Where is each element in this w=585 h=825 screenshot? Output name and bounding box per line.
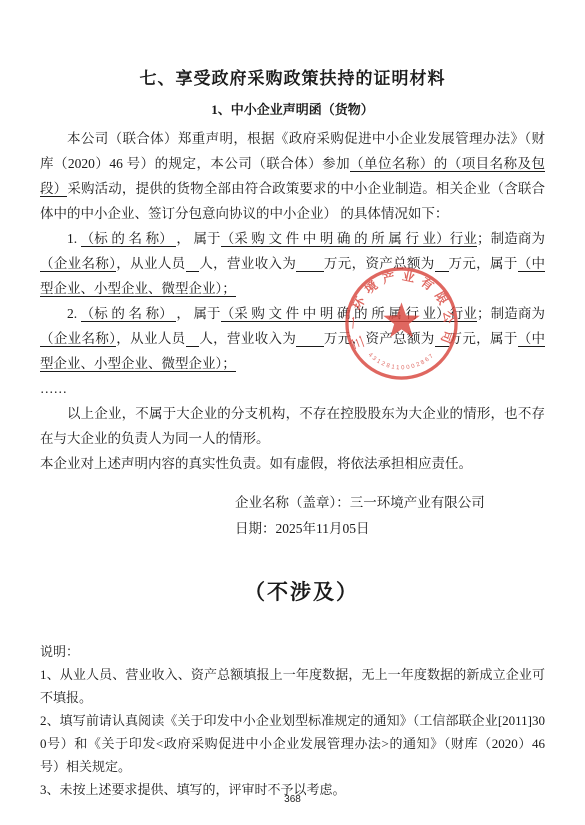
text-segment: 万元，资产总额为	[324, 256, 435, 271]
underlined-blank	[186, 331, 200, 347]
underlined-blank	[435, 331, 449, 347]
date-line: 日期：2025年11月05日	[235, 516, 545, 542]
page-subtitle: 1、中小企业声明函（货物）	[40, 99, 545, 118]
signature-block: 企业名称（盖章）：三一环境产业有限公司 日期：2025年11月05日	[235, 490, 545, 542]
text-segment: 以上企业，不属于大企业的分支机构，不存在控股股东为大企业的情形，也不存在与大企业…	[40, 406, 545, 446]
text-segment: 本企业对上述声明内容的真实性负责。如有虚假，将依法承担相应责任。	[40, 456, 472, 471]
document-page: 七、享受政府采购政策扶持的证明材料 1、中小企业声明函（货物） 本公司（联合体）…	[0, 0, 585, 825]
text-segment: 人，营业收入为	[199, 256, 296, 271]
text-segment: ， 属于	[176, 231, 220, 246]
text-segment: ；制造商为	[477, 306, 545, 321]
paragraph: 2. （标 的 名 称） ， 属于（采 购 文 件 中 明 确 的 所 属 行 …	[40, 301, 545, 376]
declaration-body: 本公司（联合体）郑重声明，根据《政府采购促进中小企业发展管理办法》（财库（202…	[40, 126, 545, 476]
notes-section: 说明： 1、从业人员、营业收入、资产总额填报上一年度数据，无上一年度数据的新成立…	[40, 640, 545, 801]
text-segment: 万元，属于	[449, 256, 518, 271]
underlined-blank	[435, 256, 449, 272]
paragraph: 以上企业，不属于大企业的分支机构，不存在控股股东为大企业的情形，也不存在与大企业…	[40, 401, 545, 451]
text-segment: ，从业人员	[116, 331, 185, 346]
text-segment: ……	[40, 381, 67, 396]
paragraph: 本公司（联合体）郑重声明，根据《政府采购促进中小企业发展管理办法》（财库（202…	[40, 126, 545, 226]
underlined-blank	[296, 256, 324, 272]
document-content: 七、享受政府采购政策扶持的证明材料 1、中小企业声明函（货物） 本公司（联合体）…	[0, 0, 585, 801]
note-item: 2、填写前请认真阅读《关于印发中小企业划型标准规定的通知》（工信部联企业[201…	[40, 709, 545, 778]
text-segment: 1.	[67, 231, 81, 246]
note-item: 1、从业人员、营业收入、资产总额填报上一年度数据，无上一年度数据的新成立企业可不…	[40, 663, 545, 709]
text-segment: 万元，属于	[449, 331, 518, 346]
underlined-blank: （标 的 名 称）	[81, 306, 177, 322]
underlined-blank	[186, 256, 200, 272]
page-title: 七、享受政府采购政策扶持的证明材料	[40, 64, 545, 89]
underlined-blank: （采 购 文 件 中 明 确 的 所 属 行 业）行业	[221, 231, 477, 247]
paragraph: ……	[40, 376, 545, 401]
text-segment: ，从业人员	[116, 256, 185, 271]
text-segment: 万元，资产总额为	[324, 331, 435, 346]
underlined-blank: （标 的 名 称）	[81, 231, 177, 247]
underlined-blank	[296, 331, 324, 347]
underlined-blank: （采 购 文 件 中 明 确 的 所 属 行 业）行业	[221, 306, 477, 322]
underlined-blank: （企业名称）	[40, 256, 116, 272]
underlined-blank: （企业名称）	[40, 331, 116, 347]
paragraph: 本企业对上述声明内容的真实性负责。如有虚假，将依法承担相应责任。	[40, 451, 545, 476]
text-segment: ， 属于	[176, 306, 220, 321]
notes-list: 1、从业人员、营业收入、资产总额填报上一年度数据，无上一年度数据的新成立企业可不…	[40, 663, 545, 801]
not-applicable-label: （不涉及）	[58, 576, 545, 606]
paragraph: 1. （标 的 名 称） ， 属于（采 购 文 件 中 明 确 的 所 属 行 …	[40, 226, 545, 301]
text-segment: ；制造商为	[477, 231, 545, 246]
page-number: 368	[0, 794, 585, 805]
text-segment: 人，营业收入为	[199, 331, 296, 346]
notes-label: 说明：	[40, 640, 545, 663]
text-segment: 2.	[67, 306, 81, 321]
company-name-line: 企业名称（盖章）：三一环境产业有限公司	[235, 490, 545, 516]
text-segment: 采购活动，提供的货物全部由符合政策要求的中小企业制造。相关企业（含联合体中的中小…	[40, 181, 545, 221]
